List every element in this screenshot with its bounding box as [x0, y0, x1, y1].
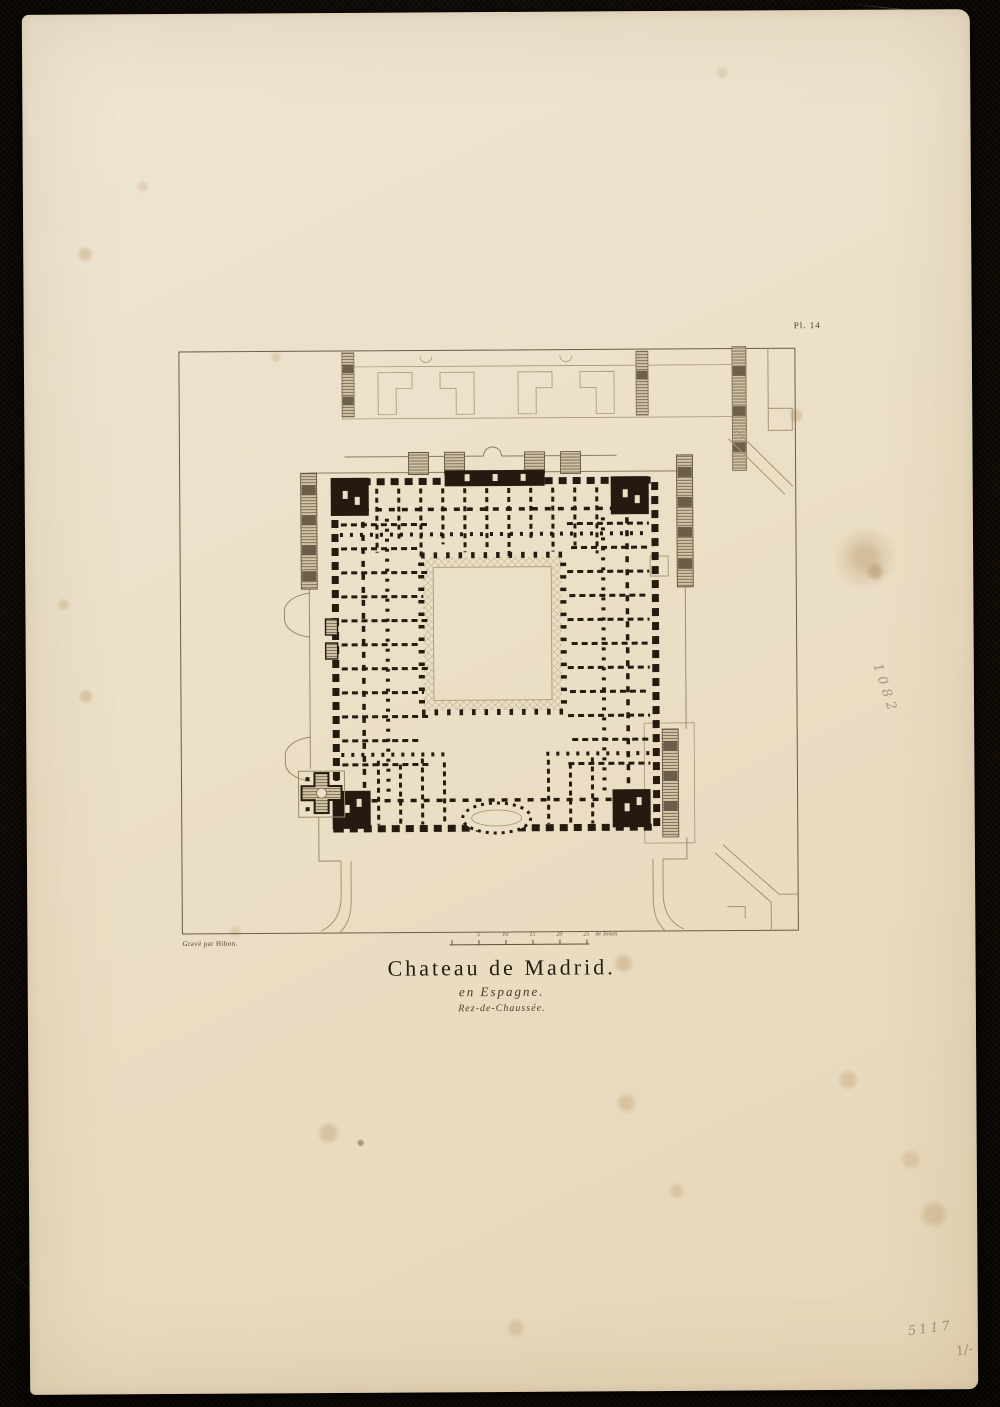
scale-tick: [559, 940, 560, 945]
scale-tick: [532, 940, 533, 945]
scale-tick: [478, 940, 479, 945]
scale-tick: [505, 940, 506, 945]
engraving-sheet: Pl. 14 5 10 15 20 25 de Toises Gravé par…: [22, 9, 978, 1395]
scale-tick: [586, 939, 587, 944]
scale-tick-label: 10: [502, 932, 508, 938]
scale-tick-label: 15: [529, 932, 535, 938]
scale-tick-label: 25: [583, 931, 589, 937]
scale-bar-line: [449, 943, 589, 945]
southwest-cross-pavilion: [298, 771, 344, 817]
engraver-credit: Gravé par Hibon.: [182, 940, 237, 948]
scale-tick-label: 20: [556, 932, 562, 938]
floor-plan-engraving: [22, 9, 978, 1395]
scale-tick-label: 5: [477, 932, 480, 938]
chateau-block: [325, 469, 657, 834]
scale-tick: [451, 940, 452, 945]
photograph-of-engraved-plate: { "artwork": { "plate_label": "Pl. 14", …: [0, 0, 1000, 1407]
plate-number: Pl. 14: [794, 320, 821, 330]
scale-unit-label: de Toises: [595, 931, 617, 937]
garden-parterres: [342, 348, 746, 432]
scale-bar: 5 10 15 20 25 de Toises: [449, 933, 617, 948]
